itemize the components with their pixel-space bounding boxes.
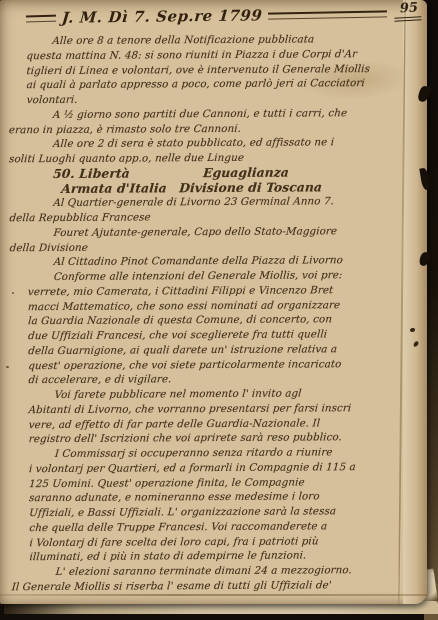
manuscript-line: della Guarnigione, ai quali darete un' i…: [28, 342, 409, 359]
manuscript-page: J. M. Dì 7. Sep.re 1799 95 Alle ore 8 a …: [0, 0, 427, 604]
margin-mark: [12, 292, 14, 294]
header-rule-right: [268, 10, 387, 19]
manuscript-line: verrete, mio Camerata, i Cittadini Filip…: [27, 283, 408, 300]
page-header: J. M. Dì 7. Sep.re 1799: [26, 5, 387, 27]
dual-line-right: Divisione di Toscana: [179, 180, 323, 196]
margin-mark: [6, 366, 9, 368]
manuscript-line: A ½ giorno sono partiti due Cannoni, e t…: [26, 106, 407, 123]
manuscript-lines: Alle ore 8 a tenore della Notificazione …: [20, 32, 409, 595]
page-number: 95: [393, 0, 421, 21]
ink-blot: [410, 328, 415, 332]
manuscript-photo: J. M. Dì 7. Sep.re 1799 95 Alle ore 8 a …: [0, 0, 438, 620]
manuscript-line: Fouret Ajutante-generale, Capo dello Sta…: [27, 224, 408, 241]
dual-line-right: Eguaglianza: [203, 165, 290, 180]
manuscript-line: Il Generale Miollis si riserba l' esame …: [11, 578, 410, 595]
manuscript-line: questa mattina N. 48: si sono riuniti in…: [26, 47, 407, 64]
entry-date-title: J. M. Dì 7. Sep.re 1799: [61, 6, 263, 26]
manuscript-line: che quella delle Truppe Francesi. Voi ra…: [29, 519, 410, 536]
manuscript-line: i volontarj per Quartieri, ed a formarli…: [28, 460, 409, 477]
manuscript-line: Abitanti di Livorno, che vorranno presen…: [28, 401, 409, 418]
dual-line-left: Armata d'Italia: [61, 181, 180, 196]
dual-line-left: 50. Libertà: [53, 166, 204, 182]
header-rule-left: [26, 14, 56, 22]
